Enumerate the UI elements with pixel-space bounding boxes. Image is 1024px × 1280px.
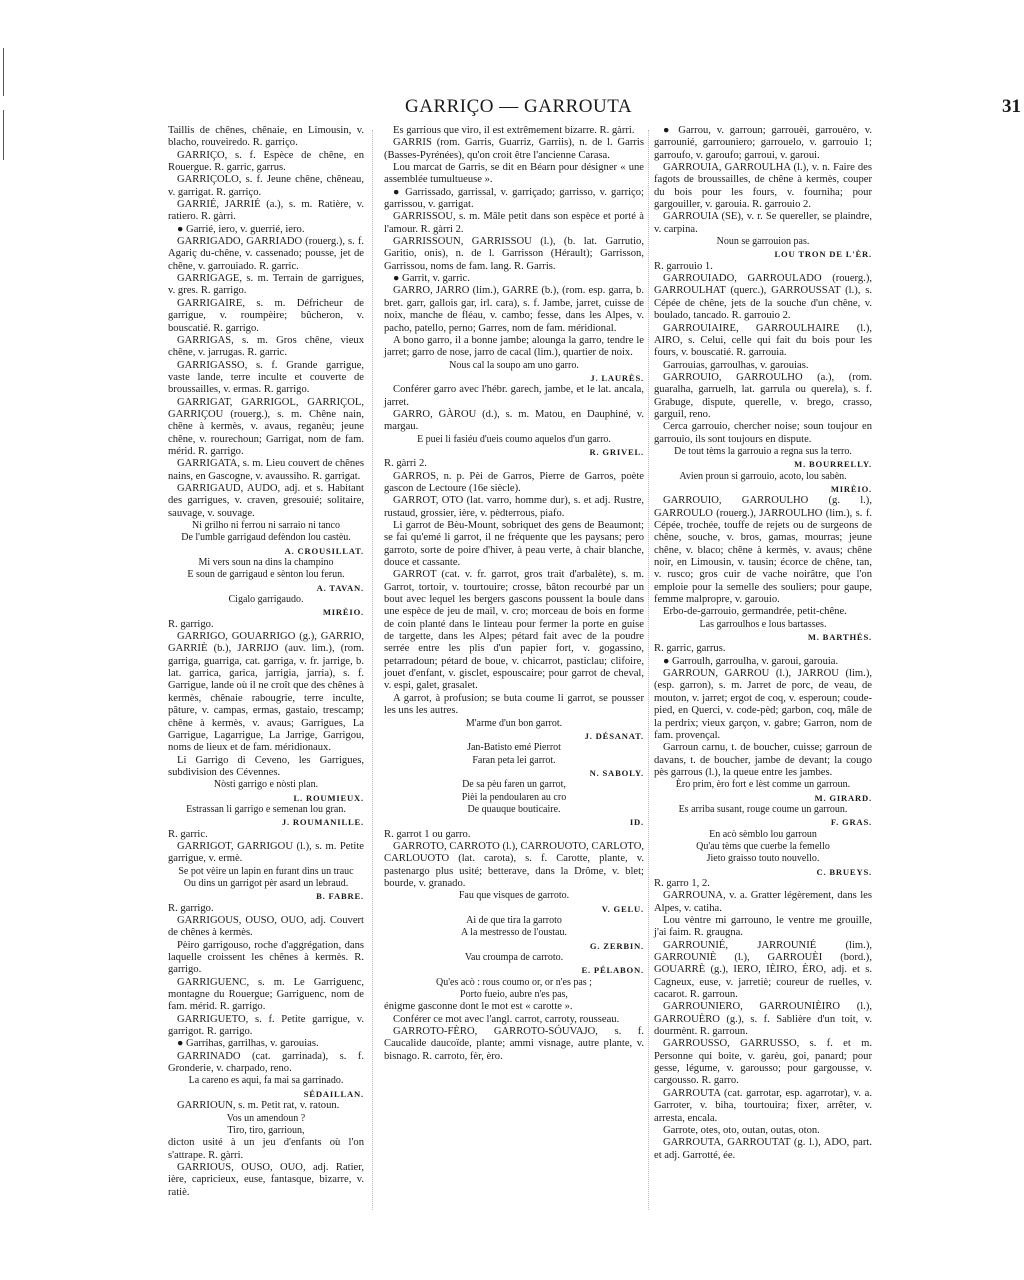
- quotation-line: Pièi la pendoularen au cro: [384, 792, 644, 804]
- dictionary-entry: GARRIOUN, s. m. Petit rat, v. ratoun.: [168, 1100, 364, 1112]
- quotation-line: La careno es aqui, fa mai sa garrinado.: [168, 1075, 364, 1087]
- dictionary-entry: Garrote, otes, oto, outan, outas, oton.: [654, 1125, 872, 1137]
- quotation-attribution: G. ZERBIN.: [384, 940, 644, 952]
- dictionary-entry: GARROUIA (SE), v. r. Se quereller, se pl…: [654, 211, 872, 236]
- quotation-attribution: R. GRIVEL.: [384, 446, 644, 458]
- dictionary-entry: GARROS, n. p. Pèi de Garros, Pierre de G…: [384, 471, 644, 496]
- quotation-line: Estrassan li garrigo e semenan lou gran.: [168, 804, 364, 816]
- dictionary-entry: GARROUIAIRE, GARROULHAIRE (l.), AIRO, s.…: [654, 323, 872, 360]
- dictionary-entry: GARRIGUENC, s. m. Le Garriguenc, montagn…: [168, 977, 364, 1014]
- quotation-line: Tiro, tiro, garrioun,: [168, 1125, 364, 1137]
- page-number: 31: [1002, 96, 1021, 118]
- dictionary-entry: GARRIGADO, GARRIADO (rouerg.), s. f. Aga…: [168, 236, 364, 273]
- quotation-line: Èro prim, èro fort e lèst comme un garro…: [654, 779, 872, 791]
- dictionary-entry: GARRIGAUD, AUDO, adj. et s. Habitant des…: [168, 483, 364, 520]
- quotation-line: A la mestresso de l'oustau.: [384, 927, 644, 939]
- quotation-line: Las garroulhos e lous bartasses.: [654, 619, 872, 631]
- dictionary-entry: ● Garrou, v. garroun; garrouèi, garrouèr…: [654, 125, 872, 162]
- quotation-line: Fau que visques de garroto.: [384, 890, 644, 902]
- entry-continuation: R. gàrri 2.: [384, 458, 644, 470]
- quotation-attribution: LOU TRON DE L'ÈR.: [654, 248, 872, 260]
- column-divider: [372, 130, 373, 1210]
- quotation-line: En acò sèmblo lou garroun: [654, 829, 872, 841]
- dictionary-entry: GARRIGUETO, s. f. Petite garrigue, v. ga…: [168, 1014, 364, 1039]
- quotation-line: Se pot vèire un lapin en furant dins un …: [168, 866, 364, 878]
- quotation-attribution: J. LAURÈS.: [384, 372, 644, 384]
- dictionary-entry: GARROTO-FÈRO, GARROTO-SÓUVAJO, s. f. Cau…: [384, 1026, 644, 1063]
- quotation-line: E soun de garrigaud e sènton lou ferun.: [168, 569, 364, 581]
- dictionary-entry: Pèiro garrigouso, roche d'aggrégation, d…: [168, 940, 364, 977]
- quotation-line: De tout tèms la garrouio a regna sus la …: [654, 446, 872, 458]
- quotation-line: Ou dins un garrigot pèr asard un lebraud…: [168, 878, 364, 890]
- dictionary-entry: GARRIGAS, s. m. Gros chêne, vieux chêne,…: [168, 335, 364, 360]
- dictionary-entry: GARROUN, GARROU (l.), JARROU (lim.), (es…: [654, 668, 872, 742]
- dictionary-entry: GARROUNIERO, GARROUNIÈIRO (l.), GARROUÈR…: [654, 1001, 872, 1038]
- binding-edge-line: [3, 110, 4, 160]
- quotation-attribution: M. BARTHÉS.: [654, 631, 872, 643]
- entry-continuation: Taillis de chênes, chênaie, en Limousin,…: [168, 125, 364, 150]
- dictionary-entry: GARRIGO, GOUARRIGO (g.), GARRIO, GARRIÈ …: [168, 631, 364, 754]
- dictionary-entry: GARRISSOU, s. m. Mâle petit dans son esp…: [384, 211, 644, 236]
- quotation-line: Qu'au tèms que cuerbe la femello: [654, 841, 872, 853]
- quotation-attribution: MIRÈIO.: [168, 606, 364, 618]
- quotation-line: Nòsti garrigo e nòsti plan.: [168, 779, 364, 791]
- entry-continuation: R. garro 1, 2.: [654, 878, 872, 890]
- quotation-line: Ni grilho ni ferrou ni sarraio ni tanco: [168, 520, 364, 532]
- entry-continuation: R. garrouio 1.: [654, 261, 872, 273]
- dictionary-entry: GARRIÇOLO, s. f. Jeune chêne, chêneau, v…: [168, 174, 364, 199]
- dictionary-entry: ● Garrihas, garrilhas, v. garouias.: [168, 1038, 364, 1050]
- dictionary-entry: Li Garrigo di Ceveno, les Garrigues, sub…: [168, 755, 364, 780]
- quotation-attribution: B. FABRE.: [168, 890, 364, 902]
- entry-continuation: dicton usité à un jeu d'enfants où l'on …: [168, 1137, 364, 1162]
- quotation-line: Porto fueio, aubre n'es pas,: [384, 989, 644, 1001]
- dictionary-entry: GARRIGOT, GARRIGOU (l.), s. m. Petite ga…: [168, 841, 364, 866]
- entry-continuation: R. garric.: [168, 829, 364, 841]
- quotation-attribution: SÉDAILLAN.: [168, 1088, 364, 1100]
- quotation-attribution: J. DÉSANAT.: [384, 730, 644, 742]
- quotation-line: Jieto graisso touto nouvello.: [654, 853, 872, 865]
- dictionary-entry: A bono garro, il a bonne jambe; alounga …: [384, 335, 644, 360]
- column-divider: [648, 130, 649, 1210]
- quotation-line: Vos un amendoun ?: [168, 1113, 364, 1125]
- quotation-attribution: M. GIRARD.: [654, 792, 872, 804]
- dictionary-entry: GARRIGASSO, s. f. Grande garrigue, vaste…: [168, 360, 364, 397]
- dictionary-entry: ● Garrié, iero, v. guerrié, iero.: [168, 224, 364, 236]
- dictionary-entry: ● Garrissado, garrissal, v. garriçado; g…: [384, 187, 644, 212]
- quotation-line: Mi vers soun na dins la champino: [168, 557, 364, 569]
- quotation-line: Vau croumpa de carroto.: [384, 952, 644, 964]
- dictionary-entry: GARROUIO, GARROULHO (g. l.), GARROULO (r…: [654, 495, 872, 606]
- quotation-attribution: ID.: [384, 816, 644, 828]
- dictionary-entry: A garrot, à profusion; se buta coume li …: [384, 693, 644, 718]
- dictionary-entry: GARRO, JARRO (lim.), GARRE (b.), (rom. e…: [384, 285, 644, 334]
- column-3: ● Garrou, v. garroun; garrouèi, garrouèr…: [654, 125, 872, 1162]
- quotation-attribution: N. SABOLY.: [384, 767, 644, 779]
- dictionary-entry: ● Garrit, v. garric.: [384, 273, 644, 285]
- dictionary-entry: Cerca garrouio, chercher noise; soun tou…: [654, 421, 872, 446]
- quotation-line: M'arme d'un bon garrot.: [384, 718, 644, 730]
- quotation-attribution: L. ROUMIEUX.: [168, 792, 364, 804]
- dictionary-entry: Garroun carnu, t. de boucher, cuisse; ga…: [654, 742, 872, 779]
- dictionary-entry: GARRIGAGE, s. m. Terrain de garrigues, v…: [168, 273, 364, 298]
- dictionary-entry: GARRIS (rom. Garris, Guarriz, Garriis), …: [384, 137, 644, 162]
- quotation-line: Nous cal la soupo am uno garro.: [384, 360, 644, 372]
- dictionary-entry: GARRIÇO, s. f. Espèce de chêne, en Rouer…: [168, 150, 364, 175]
- dictionary-entry: GARRO, GÀROU (d.), s. m. Matou, en Dauph…: [384, 409, 644, 434]
- quotation-line: Faran peta lei garrot.: [384, 755, 644, 767]
- quotation-attribution: J. ROUMANILLE.: [168, 816, 364, 828]
- quotation-attribution: V. GELU.: [384, 903, 644, 915]
- dictionary-entry: ● Garroulh, garroulha, v. garoui, garoui…: [654, 656, 872, 668]
- dictionary-entry: GARROUNA, v. a. Gratter légèrement, dans…: [654, 890, 872, 915]
- dictionary-entry: GARRINADO (cat. garrinada), s. f. Gronde…: [168, 1051, 364, 1076]
- dictionary-entry: GARRIGOUS, OUSO, OUO, adj. Couvert de ch…: [168, 915, 364, 940]
- dictionary-entry: GARRIGAT, GARRIGOL, GARRIÇOL, GARRIÇOU (…: [168, 397, 364, 459]
- dictionary-entry: GARROUNIÉ, JARROUNIÉ (lim.), GARROUNIÈ (…: [654, 940, 872, 1002]
- dictionary-entry: GARROUIA, GARROULHA (l.), v. n. Faire de…: [654, 162, 872, 211]
- entry-continuation: R. garric, garrus.: [654, 643, 872, 655]
- quotation-attribution: E. PÉLABON.: [384, 964, 644, 976]
- quotation-attribution: C. BRUEYS.: [654, 866, 872, 878]
- quotation-attribution: A. TAVAN.: [168, 582, 364, 594]
- quotation-attribution: A. CROUSILLAT.: [168, 545, 364, 557]
- dictionary-entry: GARROUSSO, GARRUSSO, s. f. et m. Personn…: [654, 1038, 872, 1087]
- dictionary-entry: GARROUTA (cat. garrotar, esp. agarrotar)…: [654, 1088, 872, 1125]
- quotation-line: De quauque bouticaire.: [384, 804, 644, 816]
- quotation-attribution: F. GRAS.: [654, 816, 872, 828]
- entry-continuation: R. garrot 1 ou garro.: [384, 829, 644, 841]
- quotation-line: De sa pèu faren un garrot,: [384, 779, 644, 791]
- dictionary-entry: Conférer garro avec l'hébr. garech, jamb…: [384, 384, 644, 409]
- dictionary-entry: GARRIGAIRE, s. m. Défricheur de garrigue…: [168, 298, 364, 335]
- quotation-line: Cigalo garrigaudo.: [168, 594, 364, 606]
- entry-continuation: R. garrigo.: [168, 903, 364, 915]
- dictionary-entry: GARRIGATA, s. m. Lieu couvert de chênes …: [168, 458, 364, 483]
- quotation-line: Avien proun si garrouio, acoto, lou sabè…: [654, 471, 872, 483]
- dictionary-entry: Erbo-de-garrouio, germandrée, petit-chên…: [654, 606, 872, 618]
- dictionary-entry: Lou vèntre mi garrouno, le ventre me gro…: [654, 915, 872, 940]
- dictionary-entry: GARROUTA, GARROUTAT (g. l.), ADO, part. …: [654, 1137, 872, 1162]
- quotation-line: Qu'es acò : rous coumo or, or n'es pas ;: [384, 977, 644, 989]
- dictionary-entry: GARROUIADO, GARROULADO (rouerg.), GARROU…: [654, 273, 872, 322]
- entry-continuation: énigme gasconne dont le mot est « carott…: [384, 1001, 644, 1013]
- dictionary-entry: Garrouias, garroulhas, v. garouias.: [654, 360, 872, 372]
- quotation-line: E puei li fasiéu d'ueis coumo aquelos d'…: [384, 434, 644, 446]
- dictionary-entry: Lou marcat de Garris, se dit en Béarn po…: [384, 162, 644, 187]
- dictionary-entry: GARROT, OTO (lat. varro, homme dur), s. …: [384, 495, 644, 520]
- dictionary-entry: Conférer ce mot avec l'angl. carrot, car…: [384, 1014, 644, 1026]
- dictionary-entry: Es garrious que viro, il est extrêmement…: [384, 125, 644, 137]
- dictionary-entry: GARROTO, CARROTO (l.), CARROUOTO, CARLOT…: [384, 841, 644, 890]
- dictionary-entry: GARROUIO, GARROULHO (a.), (rom. guaralha…: [654, 372, 872, 421]
- dictionary-entry: GARROT (cat. v. fr. garrot, gros trait d…: [384, 569, 644, 692]
- column-1: Taillis de chênes, chênaie, en Limousin,…: [168, 125, 364, 1199]
- dictionary-entry: GARRIÉ, JARRIÉ (a.), s. m. Ratière, v. r…: [168, 199, 364, 224]
- dictionary-entry: GARRISSOUN, GARRISSOU (l.), (b. lat. Gar…: [384, 236, 644, 273]
- quotation-line: Ai de que tira la garroto: [384, 915, 644, 927]
- dictionary-entry: GARRIOUS, OUSO, OUO, adj. Ratier, ière, …: [168, 1162, 364, 1199]
- quotation-line: Jan-Batisto emé Pierrot: [384, 742, 644, 754]
- quotation-line: Noun se garrouion pas.: [654, 236, 872, 248]
- column-2: Es garrious que viro, il est extrêmement…: [384, 125, 644, 1063]
- running-head: GARRIÇO — GARROUTA: [405, 96, 632, 118]
- quotation-line: De l'umble garrigaud defèndon lou castèu…: [168, 532, 364, 544]
- entry-continuation: R. garrigo.: [168, 619, 364, 631]
- quotation-line: Es arriba susant, rouge coume un garroun…: [654, 804, 872, 816]
- quotation-attribution: M. BOURRELLY.: [654, 458, 872, 470]
- quotation-attribution: MIRÈIO.: [654, 483, 872, 495]
- dictionary-entry: Li garrot de Bèu-Mount, sobriquet des ge…: [384, 520, 644, 569]
- binding-edge-line: [3, 48, 4, 96]
